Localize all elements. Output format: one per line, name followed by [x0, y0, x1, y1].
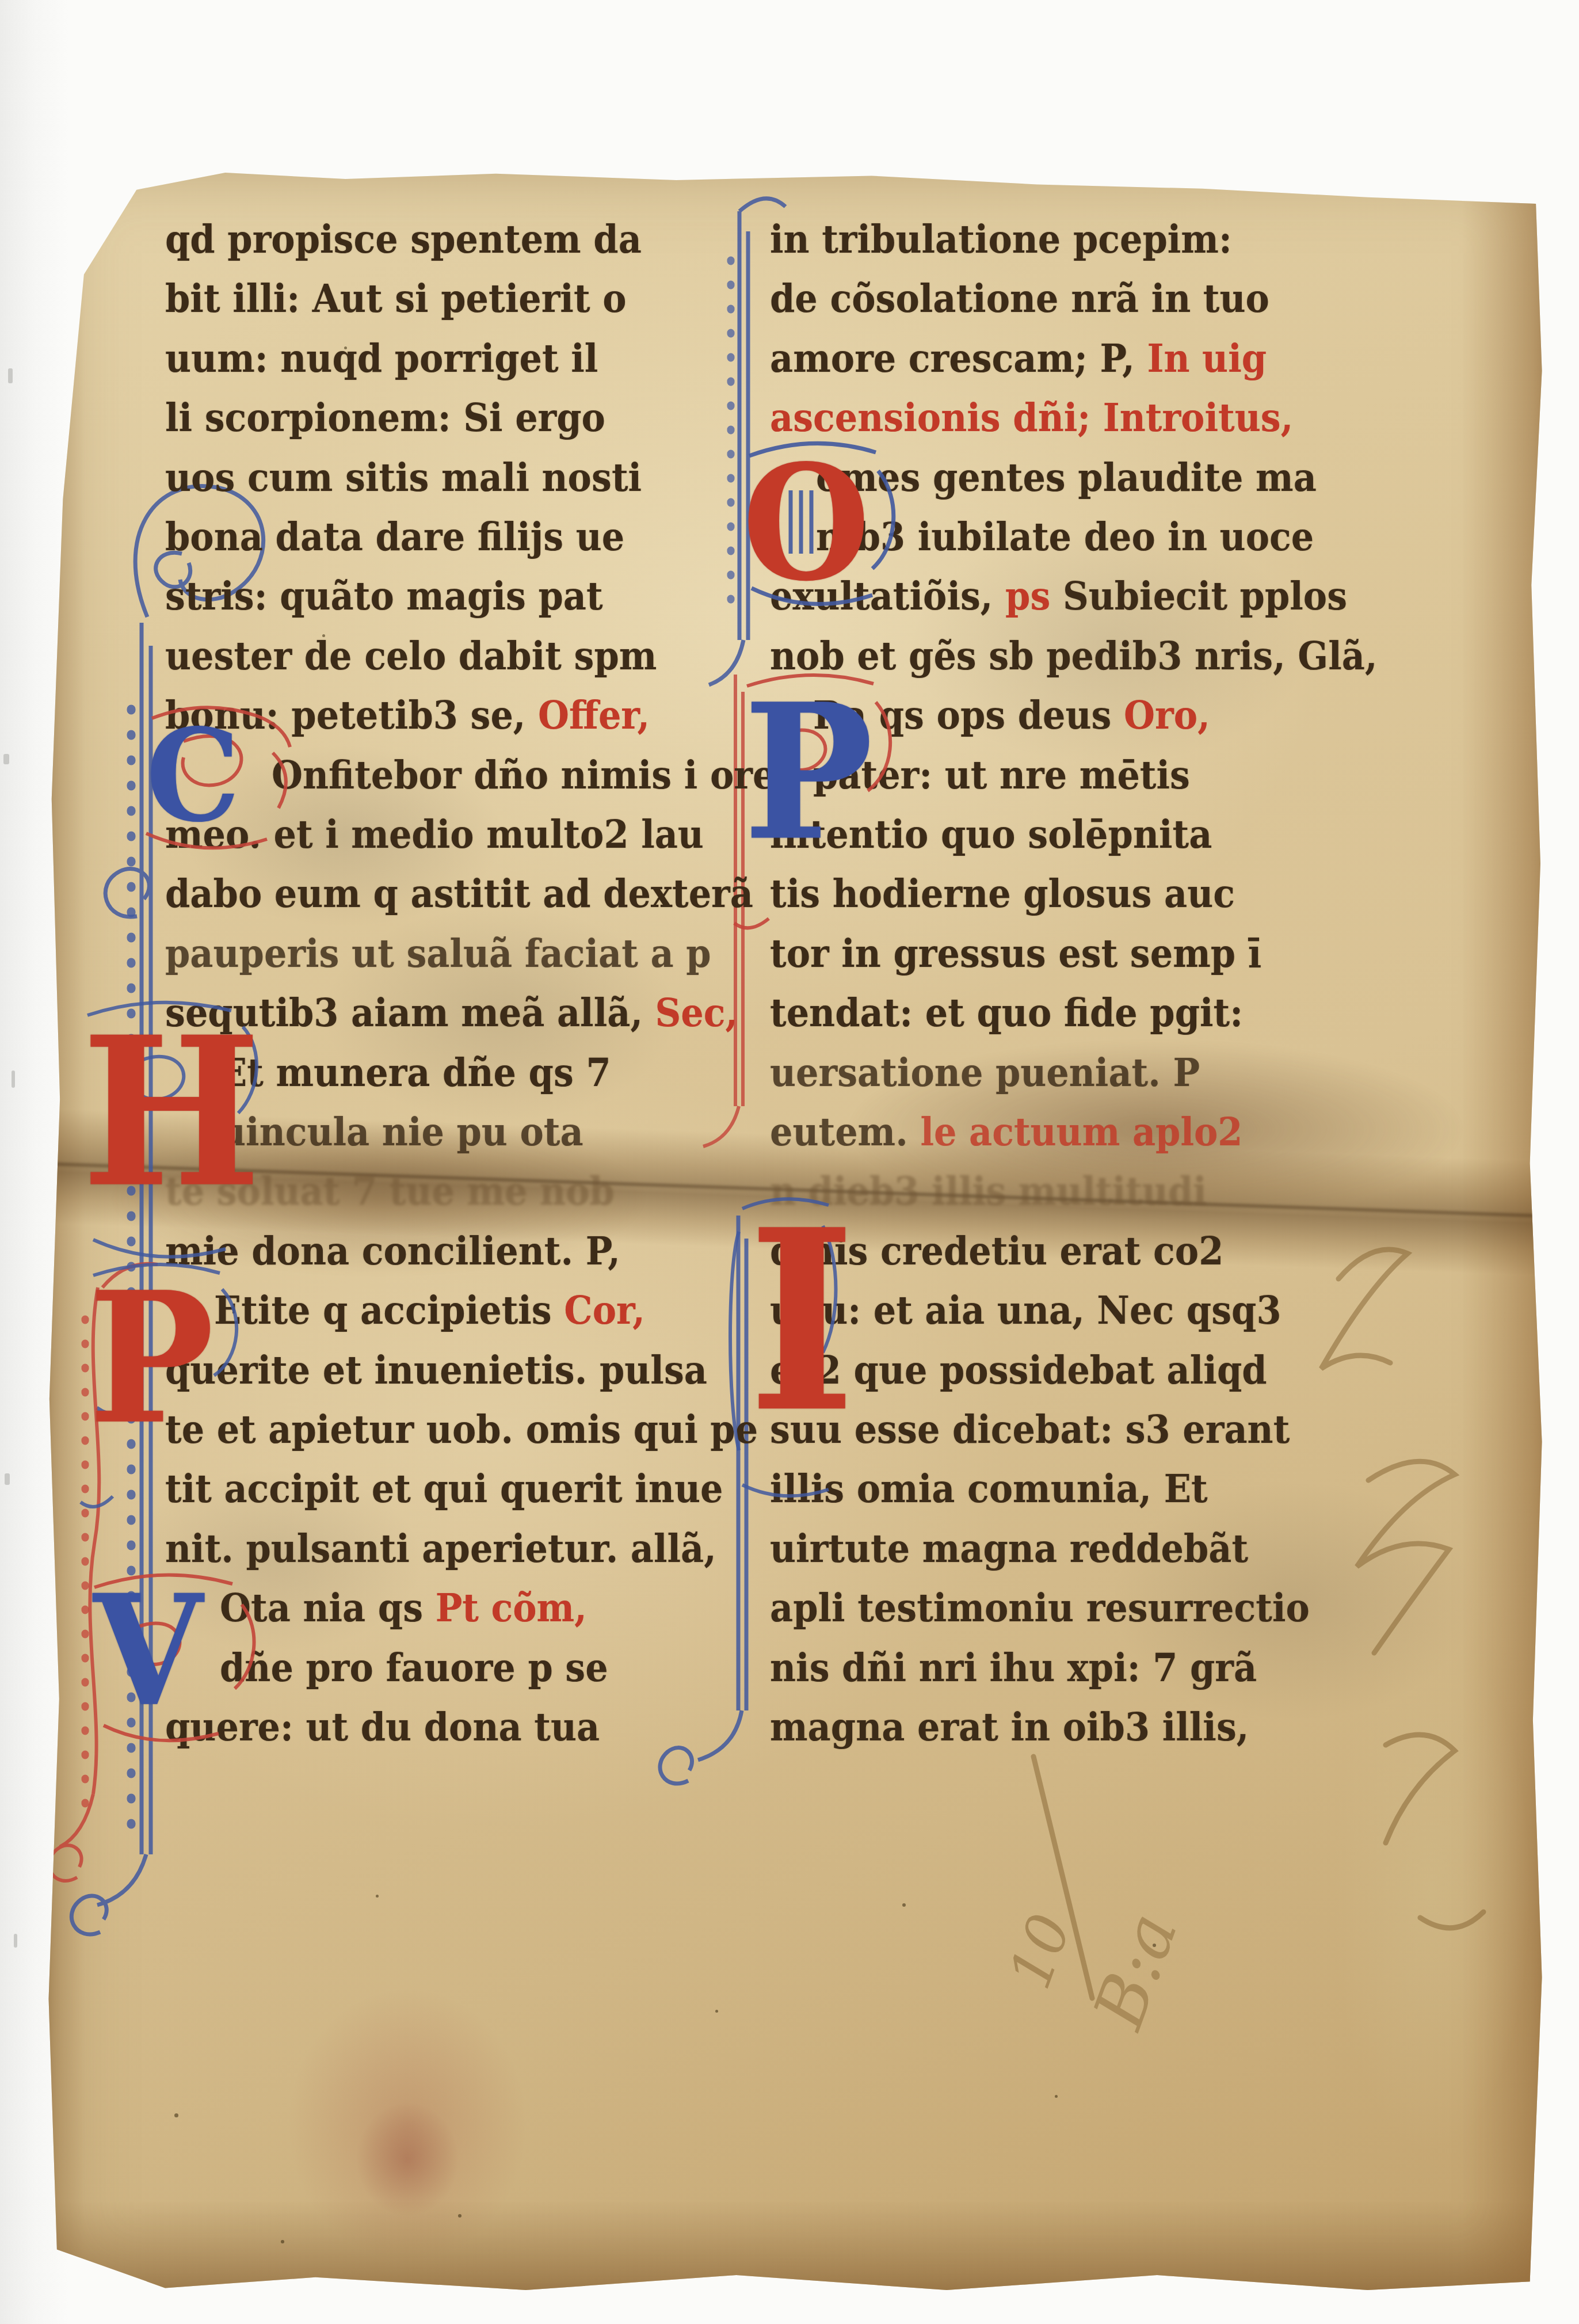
body-text: nib3 iubilate deo in uoce: [816, 514, 1314, 559]
body-text: uirtute magna reddebãt: [770, 1526, 1248, 1571]
body-text: dñe pro fauore p se: [220, 1644, 608, 1690]
text-line-left-16: uincula nie pu ota: [220, 1102, 583, 1162]
text-line-right-3: amore crescam; P, In uig: [770, 329, 1267, 388]
text-line-left-24: Ota nia qs Pt cõm,: [220, 1578, 587, 1638]
ink-speck: [458, 2214, 462, 2218]
parchment-leaf: qd propisce spentem dabit illi: Aut si p…: [45, 157, 1548, 2299]
ink-speck: [715, 2010, 718, 2013]
ink-speck: [1055, 2095, 1058, 2098]
scan-artifact: [12, 1070, 15, 1088]
text-line-left-22: tit accipit et qui querit inue: [165, 1459, 723, 1519]
body-text: tor in gressus est semp ī: [770, 931, 1261, 976]
text-line-right-5: omes gentes plaudite ma: [816, 448, 1317, 508]
initial-P-petite: P: [89, 1268, 214, 1435]
text-line-left-26: quere: ut du dona tua: [165, 1697, 600, 1757]
text-line-left-10: Onfitebor dño nimis i ore: [272, 745, 775, 805]
text-line-right-23: uirtute magna reddebãt: [770, 1519, 1248, 1579]
rubric-text: ps: [1005, 573, 1063, 619]
body-text: uersatione pueniat. P: [770, 1049, 1200, 1095]
text-line-left-20: querite et inuenietis. pulsa: [165, 1340, 707, 1400]
ink-speck: [344, 346, 347, 349]
text-line-left-4: li scorpionem: Si ergo: [165, 388, 605, 448]
body-text: amore crescam; P,: [770, 336, 1147, 381]
body-text: uum: nuqd porriget il: [165, 336, 598, 381]
text-line-right-6: nib3 iubilate deo in uoce: [816, 507, 1314, 567]
text-line-right-13: tor in gressus est semp ī: [770, 924, 1261, 984]
text-line-left-19: Etite q accipietis Cor,: [214, 1281, 645, 1340]
body-text: omes gentes plaudite ma: [816, 454, 1317, 500]
body-text: Ota nia qs: [220, 1585, 436, 1630]
ink-speck: [376, 1895, 379, 1898]
text-line-left-21: te et apietur uob. omis qui pe: [165, 1400, 758, 1460]
body-text: uincula nie pu ota: [220, 1109, 583, 1155]
scan-artifact: [3, 754, 9, 764]
body-text: Et munera dñe qs 7: [220, 1049, 611, 1095]
ink-speck: [281, 2240, 284, 2243]
scan-artifact: [14, 1934, 17, 1948]
text-line-right-2: de cõsolatione nrã in tuo: [770, 269, 1269, 329]
body-text: magna erat in oib3 illis,: [770, 1704, 1249, 1750]
body-text: te et apietur uob. omis qui pe: [165, 1407, 758, 1452]
ink-speck: [1153, 1944, 1156, 1947]
body-text: de cõsolatione nrã in tuo: [770, 276, 1269, 321]
rubric-text: Oro,: [1124, 692, 1210, 738]
rubric-text: Pt cõm,: [436, 1585, 587, 1630]
text-line-right-26: magna erat in oib3 illis,: [770, 1697, 1249, 1757]
body-text: tit accipit et qui querit inue: [165, 1466, 723, 1511]
body-text: illis omia comunia, Et: [770, 1466, 1208, 1511]
text-line-left-15: Et munera dñe qs 7: [220, 1043, 611, 1103]
text-line-left-3: uum: nuqd porriget il: [165, 329, 598, 388]
rubric-text: Offer,: [538, 692, 650, 738]
body-text: Subiecit pplos: [1063, 573, 1347, 619]
text-line-left-6: bona data dare filijs ue: [165, 507, 624, 567]
rubric-text: Sec,: [655, 990, 738, 1035]
initial-H-haec: H: [82, 1009, 261, 1199]
leaf-top-edge: [45, 157, 1548, 172]
text-line-right-22: illis omia comunia, Et: [770, 1459, 1208, 1519]
text-line-right-24: apli testimoniu resurrectio: [770, 1578, 1310, 1638]
ink-speck: [174, 2113, 178, 2117]
text-line-left-25: dñe pro fauore p se: [220, 1638, 608, 1698]
initial-V-vota: V: [93, 1575, 203, 1716]
text-line-right-15: uersatione pueniat. P: [770, 1043, 1200, 1103]
ink-speck: [322, 634, 325, 637]
body-text: bit illi: Aut si petierit o: [165, 276, 627, 321]
text-line-right-16: eutem. le actuum aplo2: [770, 1102, 1242, 1162]
text-line-right-1: in tribulatione pcepim:: [770, 209, 1232, 269]
body-text: li scorpionem: Si ergo: [165, 395, 605, 440]
body-text: nis dñi nri ihu xpi: 7 grã: [770, 1644, 1257, 1690]
text-line-left-12: dabo eum q astitit ad dexterã: [165, 864, 753, 924]
text-line-left-1: qd propisce spentem da: [165, 209, 642, 269]
initial-C-confitebor: C: [146, 713, 240, 830]
initial-O-omnes: O: [742, 444, 870, 591]
body-text: eutem.: [770, 1109, 920, 1155]
rubric-text: le actuum aplo2: [920, 1109, 1242, 1155]
body-text: stris: quãto magis pat: [165, 573, 603, 619]
text-line-left-8: uester de celo dabit spm: [165, 626, 657, 686]
body-text: qd propisce spentem da: [165, 216, 642, 262]
body-text: meo. et i medio multo2 lau: [165, 812, 704, 857]
ink-speck: [902, 1903, 906, 1907]
text-line-left-2: bit illi: Aut si petierit o: [165, 269, 627, 329]
text-line-right-14: tendat: et quo fide pgit:: [770, 983, 1243, 1043]
body-text: uos cum sitis mali nosti: [165, 454, 642, 500]
text-line-left-11: meo. et i medio multo2 lau: [165, 805, 704, 864]
body-text: apli testimoniu resurrectio: [770, 1585, 1310, 1630]
body-text: dabo eum q astitit ad dexterã: [165, 871, 753, 916]
body-text: nit. pulsanti aperietur. allã,: [165, 1526, 716, 1571]
body-text: tendat: et quo fide pgit:: [770, 990, 1243, 1035]
body-text: pauperis ut saluã faciat a p: [165, 931, 711, 976]
body-text: bona data dare filijs ue: [165, 514, 624, 559]
body-text: quere: ut du dona tua: [165, 1704, 600, 1750]
body-text: querite et inuenietis. pulsa: [165, 1347, 707, 1392]
scan-artifact: [8, 368, 13, 383]
text-line-right-25: nis dñi nri ihu xpi: 7 grã: [770, 1638, 1257, 1698]
body-text: uester de celo dabit spm: [165, 633, 657, 679]
body-text: mie dona concilient. P,: [165, 1228, 620, 1274]
rubric-text: In uig: [1147, 336, 1267, 381]
initial-I-in-diebus: I: [748, 1197, 856, 1427]
body-text: in tribulatione pcepim:: [770, 216, 1232, 262]
body-text: Etite q accipietis: [214, 1287, 564, 1333]
body-text: Onfitebor dño nimis i ore: [272, 752, 775, 797]
text-line-left-13: pauperis ut saluã faciat a p: [165, 924, 711, 984]
rubric-text: Cor,: [564, 1287, 644, 1333]
initial-P-presta: P: [743, 679, 874, 852]
text-line-left-7: stris: quãto magis pat: [165, 566, 603, 626]
text-line-left-23: nit. pulsanti aperietur. allã,: [165, 1519, 716, 1579]
scan-artifact: [5, 1473, 10, 1485]
text-line-left-5: uos cum sitis mali nosti: [165, 448, 642, 508]
